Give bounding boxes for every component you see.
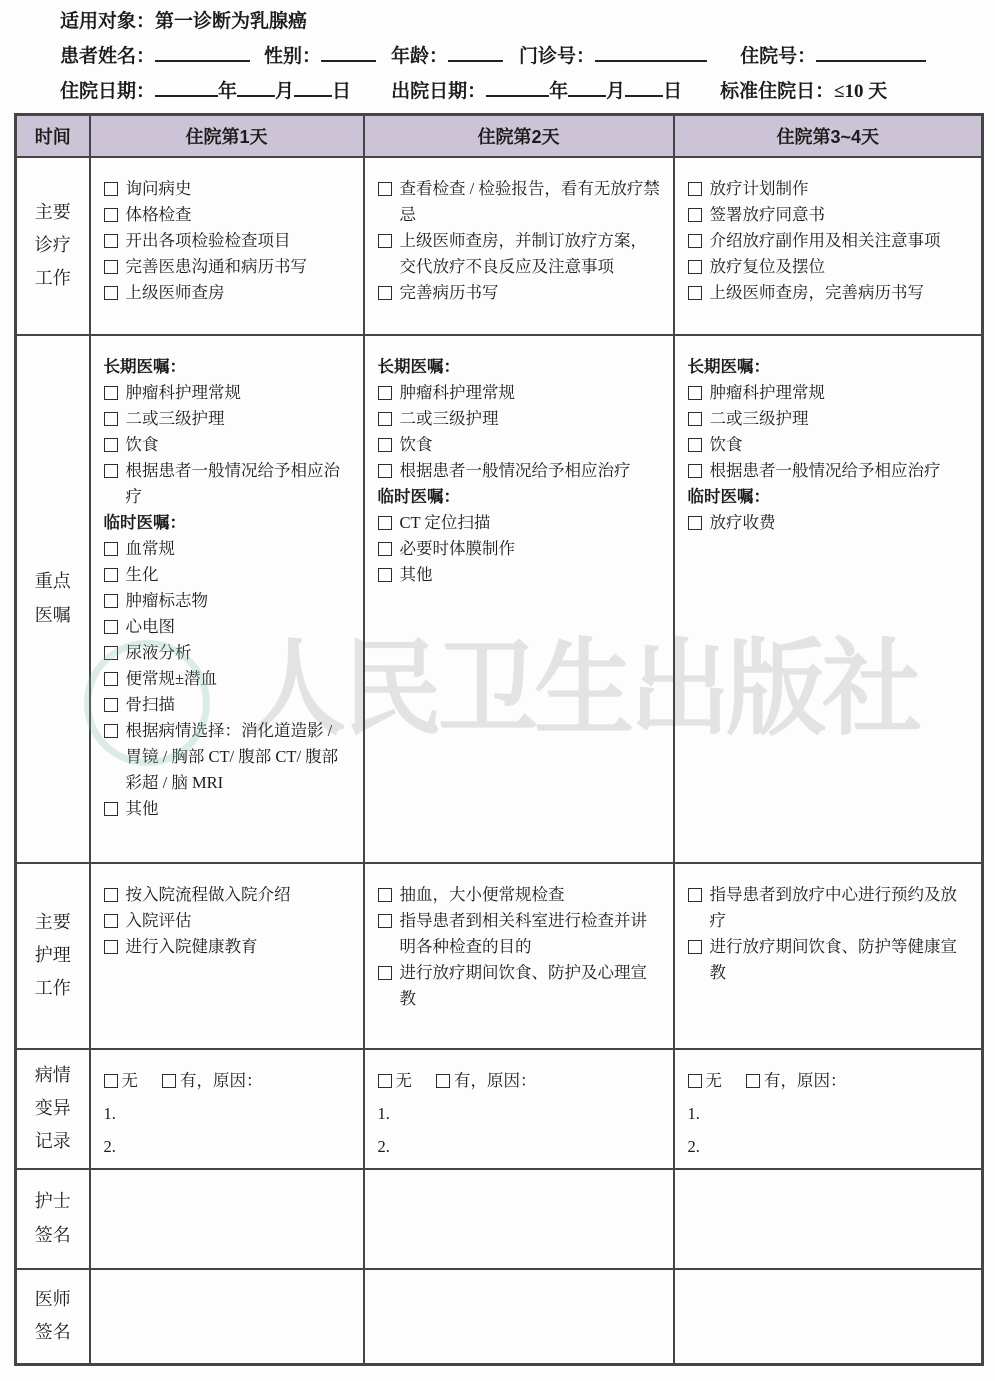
numbered-line: 1. [688, 1101, 972, 1127]
checkbox-item: 放疗计划制作 [688, 176, 972, 202]
item-label: 抽血，大小便常规检查 [400, 882, 663, 908]
checkbox-icon[interactable] [378, 542, 392, 556]
item-label: 上级医师查房，并制订放疗方案，交代放疗不良反应及注意事项 [400, 228, 663, 280]
checkbox-item: 根据病情选择：消化道造影 / 胃镜 / 胸部 CT/ 腹部 CT/ 腹部彩超 /… [104, 718, 353, 796]
item-label: 根据病情选择：消化道造影 / 胃镜 / 胸部 CT/ 腹部 CT/ 腹部彩超 /… [126, 718, 353, 796]
fill-in-blank [595, 45, 707, 62]
cell-treatment-day1: 询问病史体格检查开出各项检验检查项目完善医患沟通和病历书写上级医师查房 [90, 157, 364, 335]
field-label: 月 [275, 76, 294, 103]
item-label: 查看检查 / 检验报告，看有无放疗禁忌 [400, 176, 663, 228]
fill-in-blank [294, 80, 332, 97]
item-label: 放疗收费 [710, 510, 972, 536]
checkbox-icon[interactable] [378, 914, 392, 928]
row-label-main-treatment: 主要 诊疗 工作 [16, 157, 90, 335]
checkbox-item: 放疗收费 [688, 510, 972, 536]
fill-in-blank [568, 80, 606, 97]
fill-in-blank [625, 80, 663, 97]
checkbox-icon[interactable] [688, 208, 702, 222]
checkbox-icon[interactable] [104, 620, 118, 634]
checkbox-item: 生化 [104, 562, 353, 588]
cell-physician-signature-day1[interactable] [90, 1269, 364, 1365]
checkbox-item: 饮食 [688, 432, 972, 458]
item-label: 开出各项检验检查项目 [126, 228, 353, 254]
checkbox-icon[interactable] [104, 542, 118, 556]
spacer [250, 61, 264, 62]
checkbox-icon[interactable] [436, 1074, 450, 1088]
checkbox-icon[interactable] [688, 940, 702, 954]
cell-orders-day2: 长期医嘱：肿瘤科护理常规二或三级护理饮食根据患者一般情况给予相应治疗临时医嘱：C… [364, 335, 674, 863]
checkbox-option: 有，原因： [162, 1068, 263, 1094]
checkbox-icon[interactable] [746, 1074, 760, 1088]
checkbox-icon[interactable] [104, 1074, 118, 1088]
cell-nurse-signature-day2[interactable] [364, 1169, 674, 1269]
item-label: 体格检查 [126, 202, 353, 228]
checkbox-icon[interactable] [378, 234, 392, 248]
checkbox-icon[interactable] [378, 1074, 392, 1088]
cell-variation-day3-4: 无有，原因：1.2. [674, 1049, 983, 1169]
table-row-physician-signature: 医师 签名 [16, 1269, 983, 1365]
hospitalization-dates-line: 住院日期：年月日出院日期：年月日标准住院日：≤10 天 [60, 76, 960, 102]
checkbox-item: 抽血，大小便常规检查 [378, 882, 663, 908]
item-label: 询问病史 [126, 176, 353, 202]
checkbox-option-row: 无有，原因： [104, 1068, 353, 1094]
cell-treatment-day2: 查看检查 / 检验报告，看有无放疗禁忌上级医师查房，并制订放疗方案，交代放疗不良… [364, 157, 674, 335]
checkbox-icon[interactable] [104, 940, 118, 954]
item-label: 肿瘤科护理常规 [400, 380, 663, 406]
field-label: 出院日期： [391, 76, 486, 103]
table-row-variation: 病情 变异 记录 无有，原因：1.2. 无有，原因：1.2. 无有，原因：1.2… [16, 1049, 983, 1169]
orders-section-heading: 长期医嘱： [378, 354, 663, 380]
spacer [503, 61, 519, 62]
cell-orders-day1: 长期医嘱：肿瘤科护理常规二或三级护理饮食根据患者一般情况给予相应治疗临时医嘱：血… [90, 335, 364, 863]
checkbox-item: 签署放疗同意书 [688, 202, 972, 228]
checkbox-item: 根据患者一般情况给予相应治疗 [104, 458, 353, 510]
item-label: 便常规±潜血 [126, 666, 353, 692]
item-label: 肿瘤标志物 [126, 588, 353, 614]
checkbox-item: 进行放疗期间饮食、防护等健康宣教 [688, 934, 972, 986]
field-label: 标准住院日：≤10 天 [720, 76, 887, 103]
item-label: 签署放疗同意书 [710, 202, 972, 228]
checkbox-option: 有，原因： [436, 1068, 537, 1094]
checkbox-item: 指导患者到相关科室进行检查并讲明各种检查的目的 [378, 908, 663, 960]
item-label: 血常规 [126, 536, 353, 562]
checkbox-icon[interactable] [378, 464, 392, 478]
checkbox-icon[interactable] [688, 234, 702, 248]
checkbox-item: 查看检查 / 检验报告，看有无放疗禁忌 [378, 176, 663, 228]
fill-in-blank [486, 80, 549, 97]
cell-treatment-day3-4: 放疗计划制作签署放疗同意书介绍放疗副作用及相关注意事项放疗复位及摆位上级医师查房… [674, 157, 983, 335]
cell-variation-day2: 无有，原因：1.2. [364, 1049, 674, 1169]
orders-section-heading: 长期医嘱： [688, 354, 972, 380]
fill-in-blank [155, 45, 250, 62]
col-header-day2: 住院第2天 [364, 115, 674, 157]
option-label: 有，原因： [764, 1068, 847, 1094]
item-label: 上级医师查房，完善病历书写 [710, 280, 972, 306]
item-label: 二或三级护理 [126, 406, 353, 432]
checkbox-icon[interactable] [378, 286, 392, 300]
item-label: 其他 [126, 796, 353, 822]
item-label: 骨扫描 [126, 692, 353, 718]
checkbox-icon[interactable] [104, 412, 118, 426]
checkbox-icon[interactable] [104, 672, 118, 686]
checkbox-icon[interactable] [688, 286, 702, 300]
checkbox-icon[interactable] [378, 438, 392, 452]
item-label: 其他 [400, 562, 663, 588]
cell-nursing-day3-4: 指导患者到放疗中心进行预约及放疗进行放疗期间饮食、防护等健康宣教 [674, 863, 983, 1049]
checkbox-icon[interactable] [104, 698, 118, 712]
row-label-nurse-signature: 护士 签名 [16, 1169, 90, 1269]
clinical-pathway-page: { "top": { "line1": [ {"k":"lab","t":"适用… [0, 0, 995, 1381]
item-label: 放疗复位及摆位 [710, 254, 972, 280]
checkbox-icon[interactable] [688, 464, 702, 478]
numbered-line: 2. [104, 1134, 353, 1160]
checkbox-item: 上级医师查房，并制订放疗方案，交代放疗不良反应及注意事项 [378, 228, 663, 280]
numbered-line: 2. [378, 1134, 663, 1160]
checkbox-item: 饮食 [104, 432, 353, 458]
checkbox-icon[interactable] [104, 260, 118, 274]
option-label: 有，原因： [454, 1068, 537, 1094]
item-label: 根据患者一般情况给予相应治疗 [126, 458, 353, 510]
cell-nurse-signature-day3-4[interactable] [674, 1169, 983, 1269]
checkbox-option-row: 无有，原因： [688, 1068, 972, 1094]
checkbox-item: 进行放疗期间饮食、防护及心理宣教 [378, 960, 663, 1012]
item-label: 放疗计划制作 [710, 176, 972, 202]
field-label: 日 [332, 76, 351, 103]
item-label: 心电图 [126, 614, 353, 640]
checkbox-option: 有，原因： [746, 1068, 847, 1094]
item-label: 二或三级护理 [400, 406, 663, 432]
checkbox-icon[interactable] [378, 516, 392, 530]
checkbox-icon[interactable] [378, 568, 392, 582]
table-header-row: 时间 住院第1天 住院第2天 住院第3~4天 [16, 115, 983, 157]
checkbox-icon[interactable] [104, 286, 118, 300]
spacer [351, 96, 391, 97]
row-label-key-orders: 重点 医嘱 [16, 335, 90, 863]
spacer [707, 61, 740, 62]
checkbox-item: 询问病史 [104, 176, 353, 202]
item-label: 生化 [126, 562, 353, 588]
option-label: 无 [122, 1068, 139, 1094]
item-label: 肿瘤科护理常规 [710, 380, 972, 406]
checkbox-item: 根据患者一般情况给予相应治疗 [378, 458, 663, 484]
item-label: CT 定位扫描 [400, 510, 663, 536]
item-label: 入院评估 [126, 908, 353, 934]
item-label: 介绍放疗副作用及相关注意事项 [710, 228, 972, 254]
checkbox-icon[interactable] [104, 802, 118, 816]
item-label: 饮食 [126, 432, 353, 458]
field-label: 性别： [264, 41, 321, 68]
spacer [376, 61, 391, 62]
orders-section-heading: 临时医嘱： [688, 484, 972, 510]
checkbox-icon[interactable] [688, 412, 702, 426]
pathway-table: 时间 住院第1天 住院第2天 住院第3~4天 主要 诊疗 工作 询问病史体格检查… [14, 113, 984, 1366]
field-label: 年 [549, 76, 568, 103]
table-row-orders: 重点 医嘱 长期医嘱：肿瘤科护理常规二或三级护理饮食根据患者一般情况给予相应治疗… [16, 335, 983, 863]
item-label: 根据患者一般情况给予相应治疗 [400, 458, 663, 484]
cell-nursing-day1: 按入院流程做入院介绍入院评估进行入院健康教育 [90, 863, 364, 1049]
checkbox-item: 骨扫描 [104, 692, 353, 718]
item-label: 完善病历书写 [400, 280, 663, 306]
checkbox-item: 按入院流程做入院介绍 [104, 882, 353, 908]
numbered-line: 2. [688, 1134, 972, 1160]
checkbox-item: 肿瘤标志物 [104, 588, 353, 614]
checkbox-item: 上级医师查房，完善病历书写 [688, 280, 972, 306]
checkbox-item: 上级医师查房 [104, 280, 353, 306]
checkbox-item: 便常规±潜血 [104, 666, 353, 692]
checkbox-icon[interactable] [688, 386, 702, 400]
item-label: 进行放疗期间饮食、防护等健康宣教 [710, 934, 972, 986]
option-label: 无 [396, 1068, 413, 1094]
col-header-day1: 住院第1天 [90, 115, 364, 157]
fill-in-blank [237, 80, 275, 97]
checkbox-item: 完善医患沟通和病历书写 [104, 254, 353, 280]
item-label: 进行放疗期间饮食、防护及心理宣教 [400, 960, 663, 1012]
numbered-line: 1. [104, 1101, 353, 1127]
checkbox-icon[interactable] [378, 888, 392, 902]
checkbox-item: 必要时体膜制作 [378, 536, 663, 562]
checkbox-icon[interactable] [104, 594, 118, 608]
checkbox-item: 心电图 [104, 614, 353, 640]
field-label: 年 [218, 76, 237, 103]
fill-in-blank [816, 45, 926, 62]
row-label-variation-record: 病情 变异 记录 [16, 1049, 90, 1169]
checkbox-icon[interactable] [104, 914, 118, 928]
item-label: 上级医师查房 [126, 280, 353, 306]
checkbox-icon[interactable] [104, 646, 118, 660]
checkbox-icon[interactable] [104, 568, 118, 582]
orders-section-heading: 长期医嘱： [104, 354, 353, 380]
checkbox-item: 其他 [378, 562, 663, 588]
checkbox-item: 二或三级护理 [688, 406, 972, 432]
spacer [682, 96, 720, 97]
checkbox-item: 放疗复位及摆位 [688, 254, 972, 280]
checkbox-icon[interactable] [104, 208, 118, 222]
numbered-line: 1. [378, 1101, 663, 1127]
checkbox-icon[interactable] [104, 888, 118, 902]
field-label: 日 [663, 76, 682, 103]
fill-in-blank [448, 45, 503, 62]
checkbox-icon[interactable] [688, 1074, 702, 1088]
field-label: 患者姓名： [60, 41, 155, 68]
fill-in-blank [321, 45, 376, 62]
checkbox-icon[interactable] [104, 724, 118, 738]
checkbox-icon[interactable] [104, 386, 118, 400]
item-label: 饮食 [400, 432, 663, 458]
checkbox-icon[interactable] [104, 182, 118, 196]
checkbox-item: 入院评估 [104, 908, 353, 934]
item-label: 根据患者一般情况给予相应治疗 [710, 458, 972, 484]
checkbox-item: 进行入院健康教育 [104, 934, 353, 960]
checkbox-icon[interactable] [688, 438, 702, 452]
checkbox-item: 根据患者一般情况给予相应治疗 [688, 458, 972, 484]
checkbox-item: 完善病历书写 [378, 280, 663, 306]
checkbox-item: 二或三级护理 [378, 406, 663, 432]
patient-info-header: 适用对象：第一诊断为乳腺癌 患者姓名：性别：年龄：门诊号：住院号： 住院日期：年… [60, 6, 960, 111]
checkbox-icon[interactable] [378, 182, 392, 196]
checkbox-item: 肿瘤科护理常规 [378, 380, 663, 406]
option-label: 有，原因： [180, 1068, 263, 1094]
checkbox-option: 无 [104, 1068, 139, 1094]
cell-physician-signature-day3-4[interactable] [674, 1269, 983, 1365]
checkbox-item: 介绍放疗副作用及相关注意事项 [688, 228, 972, 254]
field-label: 住院号： [740, 41, 816, 68]
checkbox-icon[interactable] [104, 234, 118, 248]
item-label: 完善医患沟通和病历书写 [126, 254, 353, 280]
item-label: 二或三级护理 [710, 406, 972, 432]
item-label: 饮食 [710, 432, 972, 458]
item-label: 指导患者到相关科室进行检查并讲明各种检查的目的 [400, 908, 663, 960]
checkbox-icon[interactable] [688, 260, 702, 274]
orders-section-heading: 临时医嘱： [104, 510, 353, 536]
cell-orders-day3-4: 长期医嘱：肿瘤科护理常规二或三级护理饮食根据患者一般情况给予相应治疗临时医嘱：放… [674, 335, 983, 863]
checkbox-item: 指导患者到放疗中心进行预约及放疗 [688, 882, 972, 934]
cell-nursing-day2: 抽血，大小便常规检查指导患者到相关科室进行检查并讲明各种检查的目的进行放疗期间饮… [364, 863, 674, 1049]
checkbox-icon[interactable] [104, 438, 118, 452]
field-label: 年龄： [391, 41, 448, 68]
checkbox-icon[interactable] [378, 386, 392, 400]
table-row-nurse-signature: 护士 签名 [16, 1169, 983, 1269]
checkbox-icon[interactable] [688, 516, 702, 530]
checkbox-item: 二或三级护理 [104, 406, 353, 432]
item-label: 肿瘤科护理常规 [126, 380, 353, 406]
checkbox-item: 尿液分析 [104, 640, 353, 666]
cell-physician-signature-day2[interactable] [364, 1269, 674, 1365]
item-label: 指导患者到放疗中心进行预约及放疗 [710, 882, 972, 934]
row-label-main-nursing: 主要 护理 工作 [16, 863, 90, 1049]
item-label: 必要时体膜制作 [400, 536, 663, 562]
col-header-time: 时间 [16, 115, 90, 157]
checkbox-icon[interactable] [688, 888, 702, 902]
field-label: 门诊号： [519, 41, 595, 68]
item-label: 按入院流程做入院介绍 [126, 882, 353, 908]
item-label: 尿液分析 [126, 640, 353, 666]
item-label: 进行入院健康教育 [126, 934, 353, 960]
field-label: 适用对象：第一诊断为乳腺癌 [60, 6, 307, 33]
checkbox-item: 体格检查 [104, 202, 353, 228]
checkbox-icon[interactable] [688, 182, 702, 196]
patient-identity-line: 患者姓名：性别：年龄：门诊号：住院号： [60, 41, 960, 67]
checkbox-item: 血常规 [104, 536, 353, 562]
field-label: 住院日期： [60, 76, 155, 103]
checkbox-item: 肿瘤科护理常规 [688, 380, 972, 406]
row-label-physician-signature: 医师 签名 [16, 1269, 90, 1365]
orders-section-heading: 临时医嘱： [378, 484, 663, 510]
checkbox-item: 其他 [104, 796, 353, 822]
checkbox-option: 无 [688, 1068, 723, 1094]
checkbox-icon[interactable] [162, 1074, 176, 1088]
checkbox-item: 饮食 [378, 432, 663, 458]
cell-nurse-signature-day1[interactable] [90, 1169, 364, 1269]
checkbox-option: 无 [378, 1068, 413, 1094]
col-header-day3-4: 住院第3~4天 [674, 115, 983, 157]
option-label: 无 [706, 1068, 723, 1094]
checkbox-option-row: 无有，原因： [378, 1068, 663, 1094]
checkbox-item: 肿瘤科护理常规 [104, 380, 353, 406]
checkbox-icon[interactable] [104, 464, 118, 478]
cell-variation-day1: 无有，原因：1.2. [90, 1049, 364, 1169]
checkbox-item: 开出各项检验检查项目 [104, 228, 353, 254]
checkbox-icon[interactable] [378, 966, 392, 980]
field-label: 月 [606, 76, 625, 103]
checkbox-icon[interactable] [378, 412, 392, 426]
table-row-nursing: 主要 护理 工作 按入院流程做入院介绍入院评估进行入院健康教育 抽血，大小便常规… [16, 863, 983, 1049]
checkbox-item: CT 定位扫描 [378, 510, 663, 536]
applicable-target-line: 适用对象：第一诊断为乳腺癌 [60, 6, 960, 32]
fill-in-blank [155, 80, 218, 97]
table-row-treatment: 主要 诊疗 工作 询问病史体格检查开出各项检验检查项目完善医患沟通和病历书写上级… [16, 157, 983, 335]
